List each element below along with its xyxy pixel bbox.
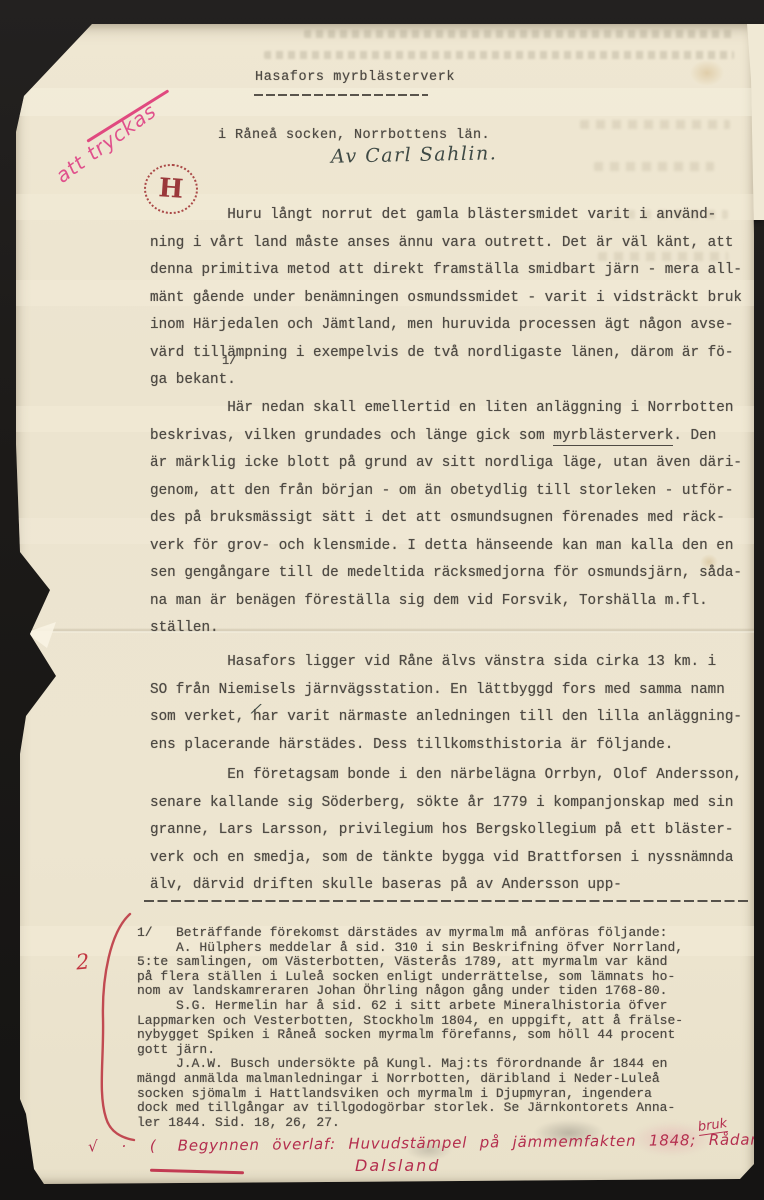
text-line: A. Hülphers meddelar å sid. 310 i sin Be…: [137, 941, 759, 956]
text-line: 1/ Beträffande förekomst därstädes av my…: [137, 926, 759, 941]
footnote-reference-mark: 1/: [222, 354, 236, 368]
handwritten-byline: Av Carl Sahlin.: [331, 142, 498, 167]
text-line: senare kallande sig Söderberg, sökte år …: [150, 790, 764, 818]
body-paragraph-1: Huru långt norrut det gamla blästersmide…: [150, 202, 764, 395]
text-line: är märklig icke blott på grund av sitt n…: [150, 450, 764, 478]
document-subtitle: i Råneå socken, Norrbottens län.: [218, 128, 490, 143]
text-line: nybygget Spiken i Råneå socken myrmalm f…: [137, 1028, 759, 1043]
text-line: Lappmarken och Vesterbotten, Stockholm 1…: [137, 1014, 759, 1029]
text-line: S.G. Hermelin har å sid. 62 i sitt arbet…: [137, 999, 759, 1014]
text-line: ens placerande härstädes. Dess tillkomst…: [150, 732, 764, 760]
red-bracket-annotation: [94, 908, 144, 1158]
text-line: inom Härjedalen och Jämtland, men huruvi…: [150, 312, 764, 340]
text-line: sen gengångare till de medeltida räcksme…: [150, 560, 764, 588]
footnote-separator-line: [144, 900, 750, 902]
text-line: En företagsam bonde i den närbelägna Orr…: [150, 762, 764, 790]
text-line: granne, Lars Larsson, privilegium hos Be…: [150, 817, 764, 845]
text-line: denna primitiva metod att direkt framstä…: [150, 257, 764, 285]
text-line: dock med tillgångar av tillgodogörbar st…: [137, 1101, 759, 1116]
scan-band: [14, 88, 754, 116]
text-line: SO från Niemisels järnvägsstation. En lä…: [150, 677, 764, 705]
title-underline: [254, 94, 428, 96]
text-line: gott järn.: [137, 1043, 759, 1058]
handwritten-red-note-line2: Dalsland: [355, 1156, 440, 1175]
text-line: ga bekant.: [150, 367, 764, 395]
att-tryckas-text: att tryckas: [51, 99, 161, 188]
body-paragraph-2: Här nedan skall emellertid en liten anlä…: [150, 395, 764, 643]
bleed-through-figures: [580, 120, 730, 129]
text-line: beskrivas, vilken grundades och länge gi…: [150, 423, 764, 451]
text-line: som verket, har varit närmaste anledning…: [150, 704, 764, 732]
text-line: på flera ställen i Luleå socken enligt u…: [137, 970, 759, 985]
text-line: socken sjömalm i Hattlandsviken och myrm…: [137, 1087, 759, 1102]
photo-background: att tryckas Hasafors myrblästerverk i Rå…: [0, 0, 764, 1200]
red-note-lead-marks: √ · (: [88, 1137, 162, 1156]
text-line: värd tillämpning i exempelvis de två nor…: [150, 340, 764, 368]
text-line: verk och en smedja, som de tänkte bygga …: [150, 845, 764, 873]
text-line: mänt gående under benämningen osmundssmi…: [150, 285, 764, 313]
document-title: Hasafors myrblästerverk: [255, 70, 455, 85]
text-line: ställen.: [150, 615, 764, 643]
text-line: des på bruksmässigt sätt i det att osmun…: [150, 505, 764, 533]
handwritten-note-att-tryckas: att tryckas: [51, 99, 161, 188]
text-line: ning i vårt land måste anses ännu vara o…: [150, 230, 764, 258]
text-line: J.A.W. Busch undersökte på Kungl. Maj:ts…: [137, 1057, 759, 1072]
bleed-through-text: [264, 51, 734, 59]
text-line: Huru långt norrut det gamla blästersmide…: [150, 202, 764, 230]
torn-edge-flap: [26, 622, 56, 648]
text-line: verk för grov- och klensmide. I detta hä…: [150, 533, 764, 561]
paper-stain: [690, 60, 724, 86]
red-note-text: Begynnen överlaf: Huvudstämpel på jämmem…: [178, 1130, 764, 1155]
text-line: Hasafors ligger vid Råne älvs vänstra si…: [150, 649, 764, 677]
footnote-block: 1/ Beträffande förekomst därstädes av my…: [137, 926, 759, 1130]
body-paragraph-4: En företagsam bonde i den närbelägna Orr…: [150, 762, 764, 900]
stamp-letter: H: [158, 173, 185, 205]
handwritten-red-note-line1: √ · (Begynnen överlaf: Huvudstämpel på j…: [88, 1130, 764, 1155]
text-line: ler 1844. Sid. 18, 26, 27.: [137, 1116, 759, 1131]
bleed-through-text: [304, 30, 734, 38]
text-line: na man är benägen föreställa sig dem vid…: [150, 588, 764, 616]
text-line: nom av landskamreraren Johan Öhrling någ…: [137, 984, 759, 999]
document-page: att tryckas Hasafors myrblästerverk i Rå…: [14, 24, 754, 1184]
margin-page-number: 2: [75, 949, 90, 974]
text-line: 5:te samlingen, om Västerbotten, Västerå…: [137, 955, 759, 970]
text-line: älv, därvid driften skulle baseras på av…: [150, 872, 764, 900]
bleed-through-figures: [594, 162, 714, 171]
red-underline-stroke: [150, 1169, 244, 1174]
text-line: mängd anmälda malmanledningar i Norrbott…: [137, 1072, 759, 1087]
body-paragraph-3: Hasafors ligger vid Råne älvs vänstra si…: [150, 649, 764, 759]
text-line: genom, att den från början - om än obety…: [150, 478, 764, 506]
text-line: Här nedan skall emellertid en liten anlä…: [150, 395, 764, 423]
